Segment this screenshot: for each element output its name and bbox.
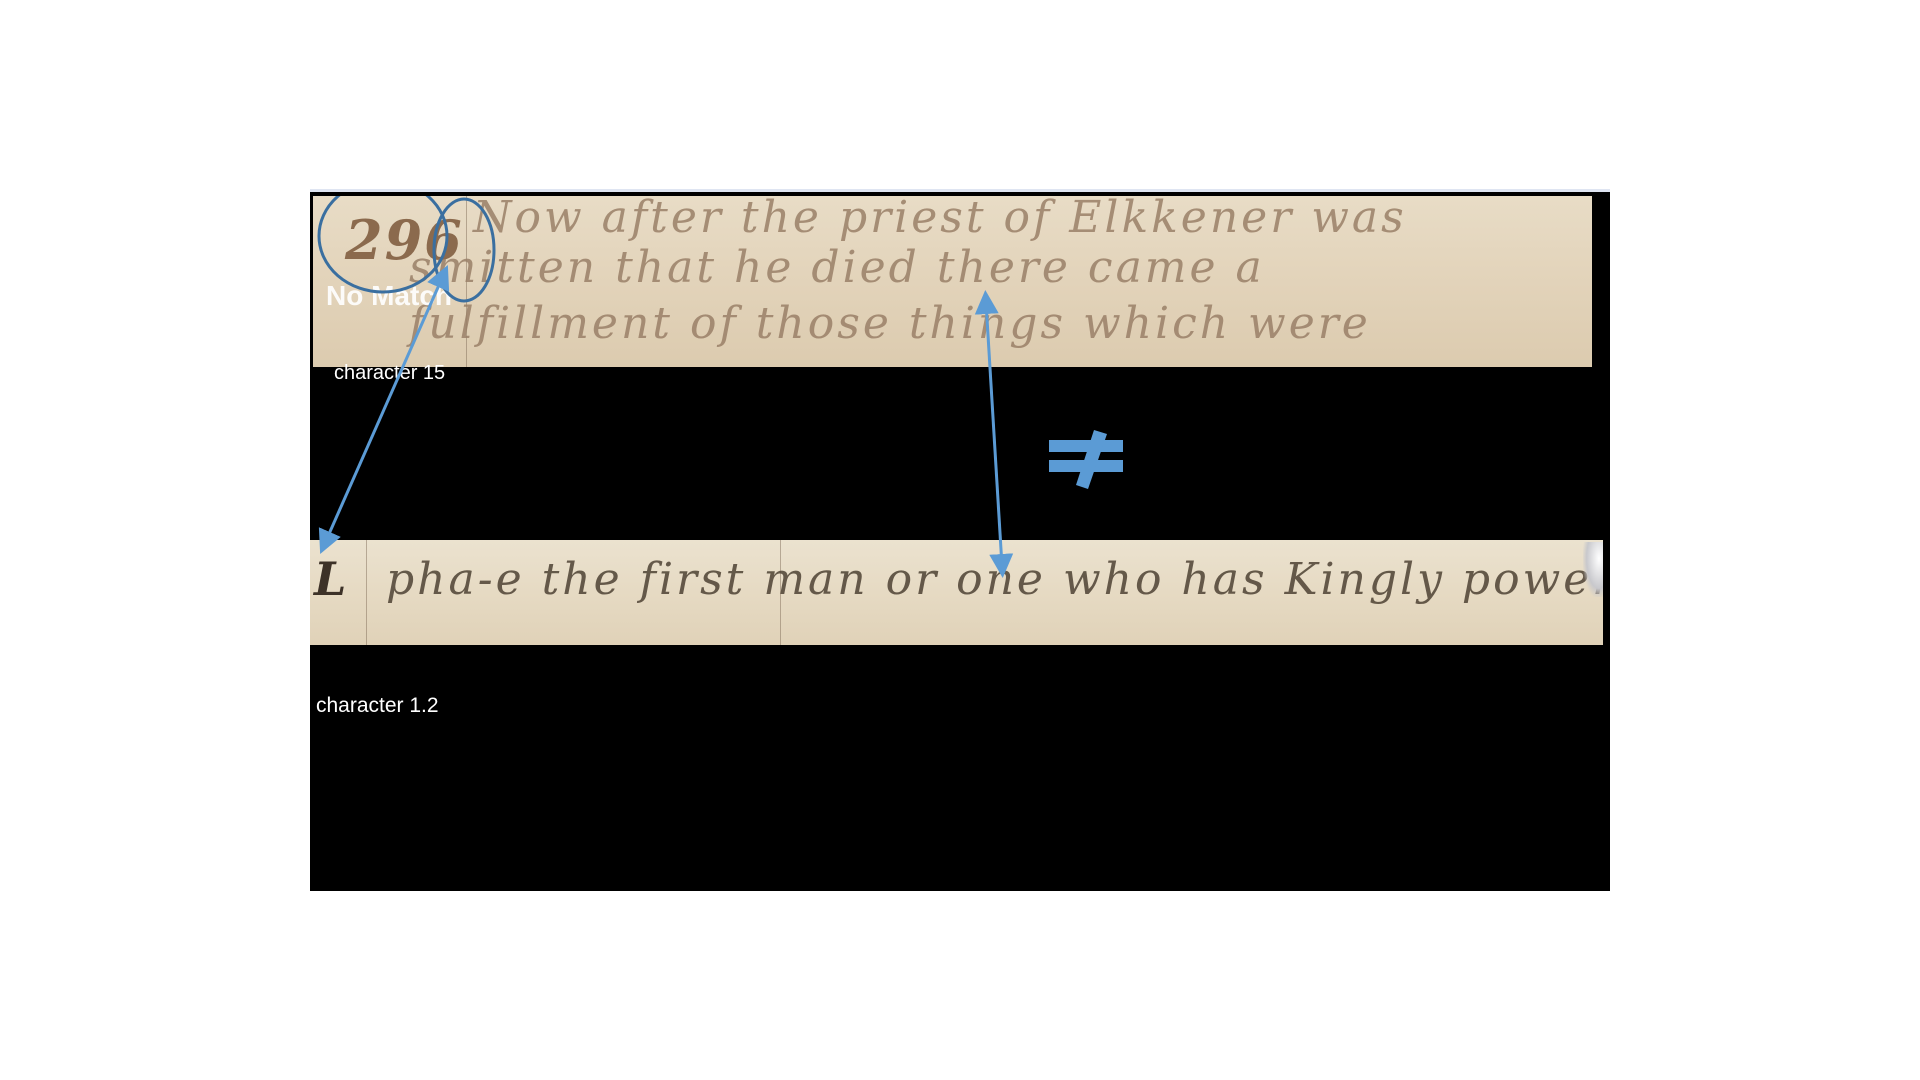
character-1-2-label: character 1.2 [316, 694, 439, 718]
handwritten-line-2: smitten that he died there came a [409, 242, 1265, 293]
manuscript-strip-top: 296 Now after the priest of Elkkener was… [313, 196, 1592, 367]
manuscript-strip-bottom: L pha-e the first man or one who has Kin… [310, 540, 1603, 645]
page-curl [1583, 542, 1603, 597]
handwritten-line-3: fulfillment of those things which were [409, 298, 1371, 349]
handwritten-line-1: Now after the priest of Elkkener was [473, 196, 1407, 243]
handwritten-line: pha-e the first man or one who has Kingl… [386, 554, 1603, 605]
margin-mark: L [314, 552, 346, 606]
margin-rule-left [366, 540, 367, 645]
no-match-label: No Match [326, 280, 452, 312]
character-15-label: character 15 [334, 362, 445, 385]
